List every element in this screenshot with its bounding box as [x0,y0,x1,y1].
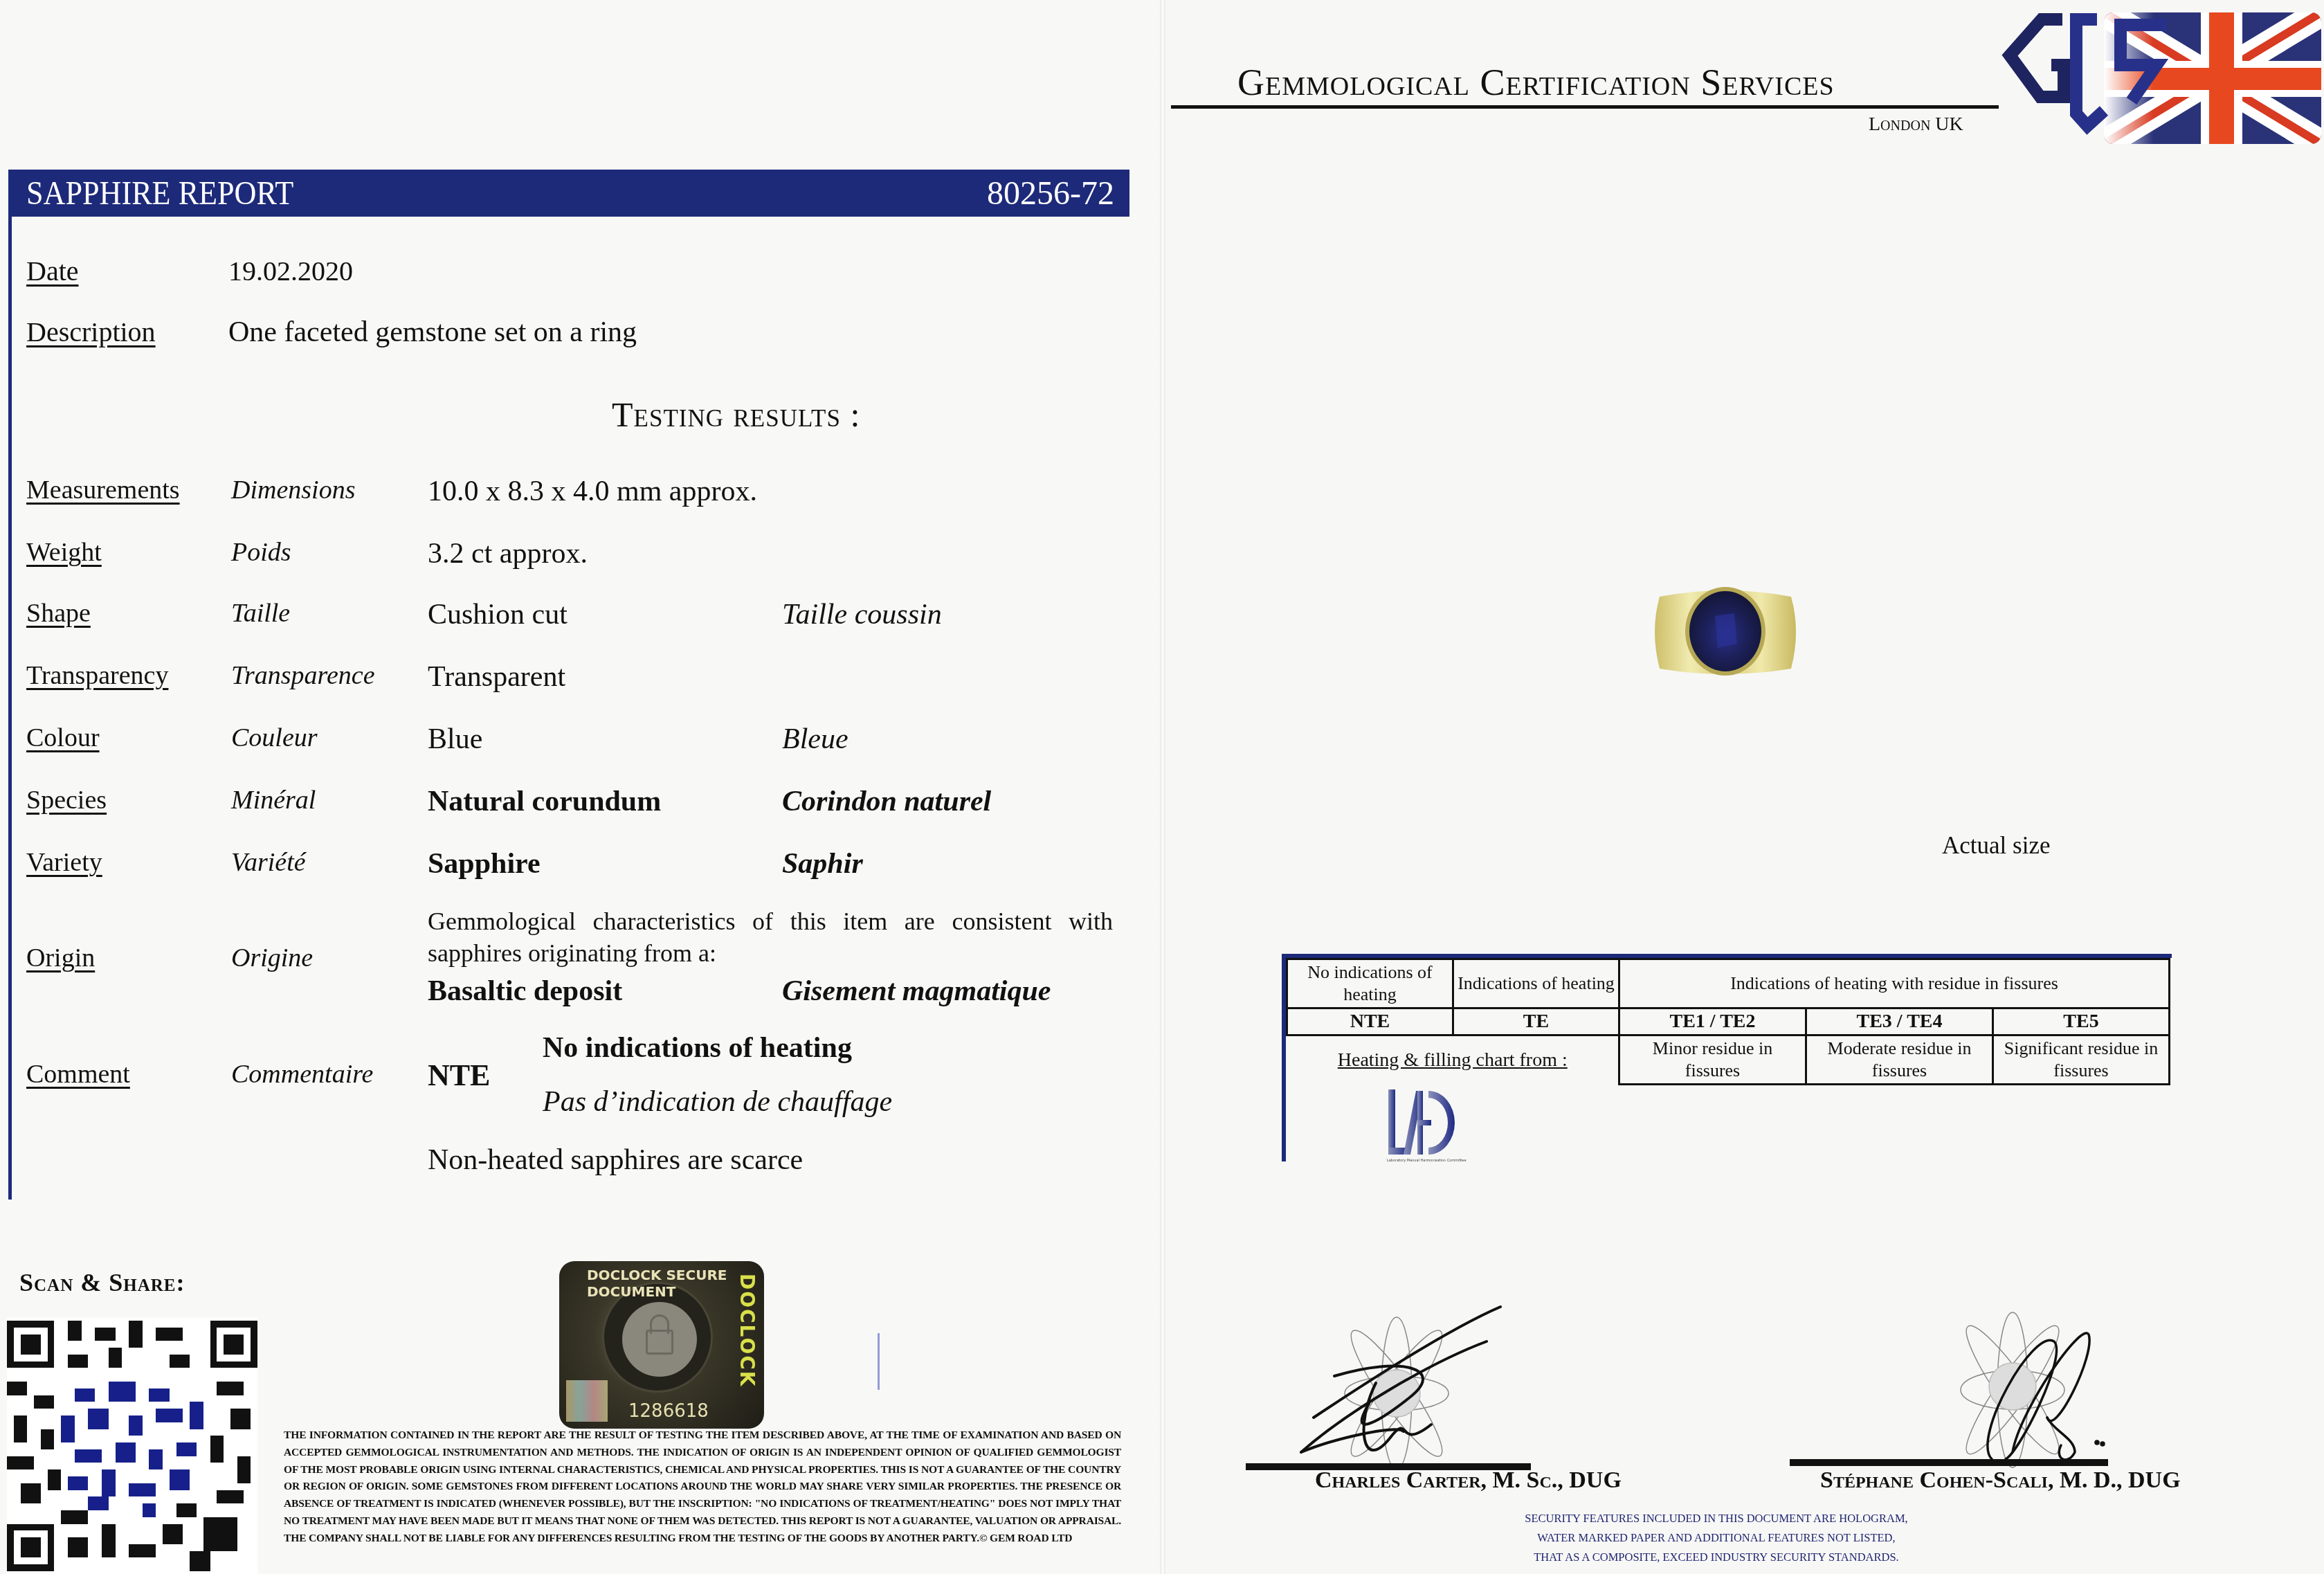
result-label-en: Weight [26,537,102,568]
result-label-fr: Variété [231,847,306,878]
date-label: Date [26,255,79,287]
heating-code-te3-te4: TE3 / TE4 [1806,1008,1993,1035]
hologram-side-text: DOCLOCK [736,1274,759,1388]
result-value-en: 3.2 ct approx. [428,537,588,570]
result-label-en: Shape [26,598,91,628]
union-jack-icon [2104,12,2321,144]
heating-header-nte: No indications of heating [1287,959,1453,1008]
heating-header-residue-group: Indications of heating with residue in f… [1619,959,2170,1008]
gcs-logo [2000,10,2323,145]
heating-residue-moderate: Moderate residue in fissures [1806,1035,1993,1085]
security-note-line: Security features included in this docum… [1509,1509,1924,1528]
pen-mark [878,1333,880,1390]
legal-disclaimer: The information contained in the report … [284,1427,1121,1548]
result-value-en: Transparent [428,660,565,694]
report-left-page: Sapphire Report 80256-72 Date 19.02.2020… [0,0,1160,1574]
hologram-serial: 1286618 [628,1401,709,1422]
comment-label-fr: Commentaire [231,1059,373,1089]
hologram-inner-circle [622,1302,697,1377]
origin-label-fr: Origine [231,943,313,973]
result-value-en: Sapphire [428,847,541,880]
result-label-fr: Couleur [231,723,318,753]
heating-chart-table: No indications of heating Indications of… [1286,958,2170,1085]
heating-source-label: Heating & filling chart from : [1338,1049,1568,1071]
result-label-fr: Dimensions [231,475,355,505]
result-value-fr: Corindon naturel [782,785,991,818]
atom-watermark-icon [1956,1312,2070,1467]
result-value-fr: Saphir [782,847,863,880]
origin-value-en: Basaltic deposit [428,975,622,1008]
signature-charles-carter [1293,1300,1514,1480]
signature-line-2 [1790,1459,2108,1466]
description-value: One faceted gemstone set on a ring [228,316,637,349]
scan-share-label: Scan & Share: [19,1268,185,1297]
result-label-en: Variety [26,847,102,878]
result-value-en: Natural corundum [428,785,661,818]
comment-text-en: No indications of heating [543,1031,852,1065]
result-value-fr: Taille coussin [782,598,942,631]
result-value-en: Cushion cut [428,598,568,631]
comment-code: NTE [428,1058,490,1093]
result-label-en: Colour [26,723,100,753]
result-value-fr: Bleue [782,723,848,756]
result-value-en: Blue [428,723,482,756]
result-label-fr: Transparence [231,660,375,691]
report-header-bar: Sapphire Report 80256-72 [8,170,1129,217]
result-label-en: Transparency [26,660,168,691]
security-note-line: that as a composite, exceed industry sec… [1509,1548,1924,1567]
date-value: 19.02.2020 [228,255,353,287]
photo-caption: Actual size [1942,832,2050,860]
signature-stephane-cohen-scali [1916,1300,2137,1480]
qr-code[interactable] [7,1318,257,1574]
testing-results-heading: Testing results : [612,395,860,435]
comment-label-en: Comment [26,1059,130,1089]
result-label-fr: Poids [231,537,291,568]
security-note: Security features included in this docum… [1509,1509,1924,1567]
left-border-rule [8,217,12,1200]
origin-statement: Gemmological characteristics of this ite… [428,905,1113,969]
ring-photo [1646,581,1805,680]
result-label-fr: Minéral [231,785,316,815]
company-location: London UK [1869,114,1963,136]
signer-name-1: Charles Carter, M. Sc., DUG [1315,1467,1622,1494]
lock-body-icon [646,1330,673,1355]
heating-code-te: TE [1453,1008,1619,1035]
report-number: 80256-72 [987,174,1114,212]
security-note-line: water marked paper and additional featur… [1509,1528,1924,1548]
lmhc-logo [1387,1088,1456,1160]
signer-name-2: Stéphane Cohen-Scali, M. D., DUG [1820,1467,2181,1494]
company-rule [1171,105,1999,109]
origin-label-en: Origin [26,943,95,973]
security-hologram: DOCLOCK SECURE DOCUMENT DOCLOCK 1286618 [559,1261,764,1429]
comment-text-fr: Pas d’indication de chauffage [543,1085,892,1119]
description-label: Description [26,316,156,348]
heating-header-te: Indications of heating [1453,959,1619,1008]
result-label-fr: Taille [231,598,290,628]
company-name: Gemmological Certification Services [1237,61,1835,104]
heating-code-te1-te2: TE1 / TE2 [1619,1008,1806,1035]
heating-code-te5: TE5 [1993,1008,2170,1035]
report-title: Sapphire Report [26,174,293,212]
page-fold [1160,0,1165,1574]
heating-code-nte: NTE [1287,1008,1453,1035]
origin-value-fr: Gisement magmatique [782,975,1051,1008]
heating-residue-minor: Minor residue in fissures [1619,1035,1806,1085]
heating-source-cell: Heating & filling chart from : [1287,1035,1619,1085]
lmhc-caption: Laboratory Manual Harmonisation Committe… [1387,1159,1466,1163]
result-value-en: 10.0 x 8.3 x 4.0 mm approx. [428,475,757,508]
result-label-en: Species [26,785,107,815]
result-label-en: Measurements [26,475,180,505]
heating-residue-significant: Significant residue in fissures [1993,1035,2170,1085]
hologram-foil [566,1380,608,1422]
comment-note: Non-heated sapphires are scarce [428,1143,803,1177]
